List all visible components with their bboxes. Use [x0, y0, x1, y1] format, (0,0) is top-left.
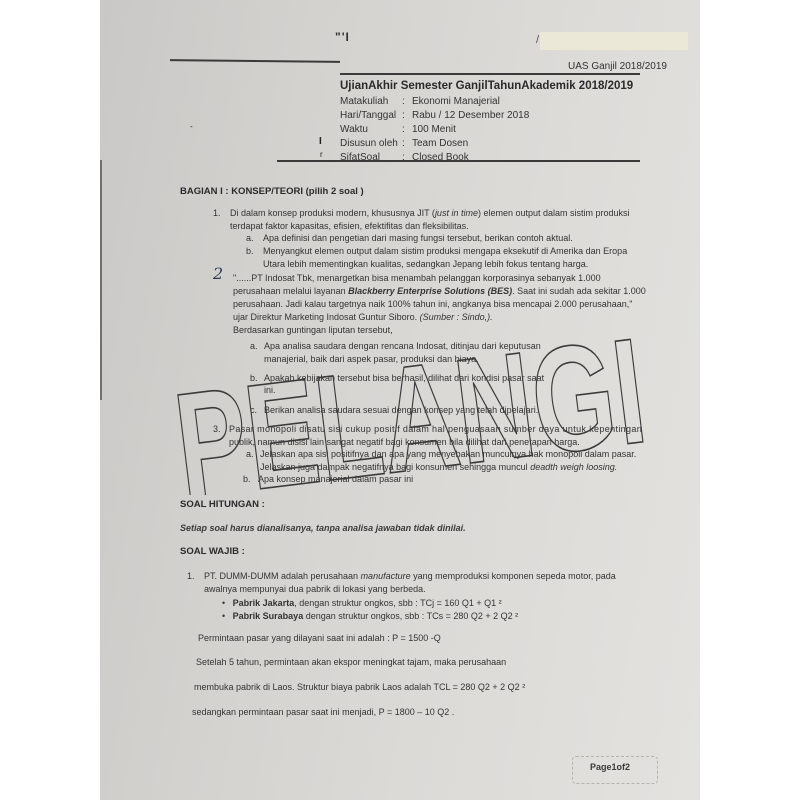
field-value: Team Dosen [412, 138, 468, 149]
hq1-para3: sedangkan permintaan pasar saat ini menj… [192, 706, 454, 719]
q2-line1: "......PT Indosat Tbk, menargetkan bisa … [233, 272, 601, 285]
paper-edge-shadow [100, 160, 102, 400]
section-hitungan-heading: SOAL HITUNGAN : [180, 499, 265, 510]
field-disusun-oleh: Disusun oleh:Team Dosen [340, 138, 468, 149]
q2-bold-italic-term: Blackberry Enterprise Solutions (BES) [348, 286, 512, 296]
q3-a-text-1: Jelaskan apa sisi positifnya dan apa yan… [260, 448, 636, 461]
hq1-para1: Setelah 5 tahun, permintaan akan ekspor … [196, 656, 506, 669]
margin-mark: - [190, 122, 193, 131]
field-sep: : [402, 124, 412, 135]
field-key: Hari/Tanggal [340, 110, 402, 121]
field-sep: : [402, 138, 412, 149]
q3-b-text: Apa konsep manajerial dalam pasar ini [258, 473, 413, 486]
hq1-demand: Permintaan pasar yang dilayani saat ini … [198, 632, 441, 645]
bullet-icon: • [222, 611, 233, 621]
q2-text: perusahaan melalui layanan [233, 286, 348, 296]
q3-number: 3. [213, 424, 221, 434]
q2-c-label: c. [250, 405, 257, 415]
q2-a-text-2: manajerial, baik dari aspek pasar, produ… [264, 353, 479, 366]
field-value: Rabu / 12 Desember 2018 [412, 110, 529, 121]
q2-line3: perusahaan. Jadi kalau targetnya naik 10… [233, 298, 632, 311]
bullet-text: , dengan struktur ongkos, sbb : TCj = 16… [294, 598, 501, 608]
q1-b-text-1: Menyangkut elemen output dalam sistim pr… [263, 245, 627, 258]
hq1-text: yang memproduksi komponen sepeda motor, … [411, 571, 616, 581]
q1-b-text-2: Utara lebih mementingkan kualitas, sedan… [263, 258, 588, 271]
hq1-number: 1. [187, 571, 195, 581]
q1-text: Di dalam konsep produksi modern, khususn… [230, 208, 435, 218]
q2-text: . Saat ini sudah ada sekitar 1.000 [512, 286, 646, 296]
q1-a-text: Apa definisi dan pengetian dari masing f… [263, 232, 573, 245]
exam-title: UjianAkhir Semester GanjilTahunAkademik … [340, 80, 633, 92]
field-sep: : [402, 96, 412, 107]
q1-number: 1. [213, 208, 221, 218]
margin-mark: I [319, 136, 322, 147]
section-wajib-heading: SOAL WAJIB : [180, 546, 245, 557]
q2-c-text: Berikan analisa saudara sesuai dengan ko… [264, 404, 538, 417]
q2-text: ujar Direktur Marketing Indosat Guntur S… [233, 312, 420, 322]
hq1-italic-term: manufacture [361, 571, 411, 581]
field-value: Ekonomi Manajerial [412, 96, 500, 107]
exam-code: UAS Ganjil 2018/2019 [568, 61, 667, 72]
margin-mark: r [320, 150, 323, 159]
redaction-tape [540, 32, 688, 50]
hq1-bullet-jakarta: • Pabrik Jakarta, dengan struktur ongkos… [222, 597, 502, 610]
q3-b-label: b. [243, 474, 251, 484]
q1-line1: Di dalam konsep produksi modern, khususn… [230, 207, 630, 220]
hitungan-note: Setiap soal harus dianalisanya, tanpa an… [180, 522, 466, 535]
field-key: Waktu [340, 124, 402, 135]
field-sep: : [402, 110, 412, 121]
section-bagian-1-heading: BAGIAN I : KONSEP/TEORI (pilih 2 soal ) [180, 186, 364, 197]
field-value: 100 Menit [412, 124, 456, 135]
handwritten-number: 2 [213, 264, 223, 283]
q3-text: Jelaskan juga dampak negatifnya bagi kon… [260, 462, 530, 472]
hq1-para2: membuka pabrik di Laos. Struktur biaya p… [194, 681, 525, 694]
top-mark: "'I [335, 30, 350, 44]
q2-b-label: b. [250, 373, 258, 383]
q3-a-label: a. [246, 449, 254, 459]
field-hari-tanggal: Hari/Tanggal:Rabu / 12 Desember 2018 [340, 110, 529, 121]
hq1-line1: PT. DUMM-DUMM adalah perusahaan manufact… [204, 570, 616, 583]
q1-b-label: b. [246, 246, 254, 256]
q2-line5: Berdasarkan guntingan liputan tersebut, [233, 324, 393, 337]
field-key: Disusun oleh [340, 138, 402, 149]
q2-line4: ujar Direktur Marketing Indosat Guntur S… [233, 311, 493, 324]
q2-line2: perusahaan melalui layanan Blackberry En… [233, 285, 646, 298]
field-key: Matakuliah [340, 96, 402, 107]
q1-text: ) elemen output dalam sistim produksi [478, 208, 630, 218]
header-rule-right [340, 73, 640, 75]
q2-source: (Sumber : Sindo,). [420, 312, 493, 322]
bullet-bold: Pabrik Surabaya [233, 611, 304, 621]
q1-a-label: a. [246, 233, 254, 243]
q2-b-text-1: Apakah kebijakan tersebut bisa berhasil,… [264, 372, 544, 385]
hq1-bullet-surabaya: • Pabrik Surabaya dengan struktur ongkos… [222, 610, 518, 623]
redaction-mark: / [536, 34, 539, 46]
field-waktu: Waktu:100 Menit [340, 124, 456, 135]
q2-a-text-1: Apa analisa saudara dengan rencana Indos… [264, 340, 541, 353]
field-matakuliah: Matakuliah:Ekonomi Manajerial [340, 96, 500, 107]
hq1-text: PT. DUMM-DUMM adalah perusahaan [204, 571, 361, 581]
hq1-line2: awalnya mempunyai dua pabrik di lokasi y… [204, 583, 426, 596]
bullet-text: dengan struktur ongkos, sbb : TCs = 280 … [303, 611, 518, 621]
header-rule-bottom [277, 160, 640, 162]
q2-a-label: a. [250, 341, 258, 351]
q1-italic-term: just in time [435, 208, 478, 218]
page-number: Page1of2 [590, 762, 630, 772]
q2-b-text-2: ini. [264, 384, 276, 397]
bullet-icon: • [222, 598, 233, 608]
q3-line1: Pasar monopoli disatu sisi cukup positif… [229, 423, 642, 436]
q3-italic-term: deadth weigh loosing. [530, 462, 617, 472]
bullet-bold: Pabrik Jakarta [233, 598, 295, 608]
